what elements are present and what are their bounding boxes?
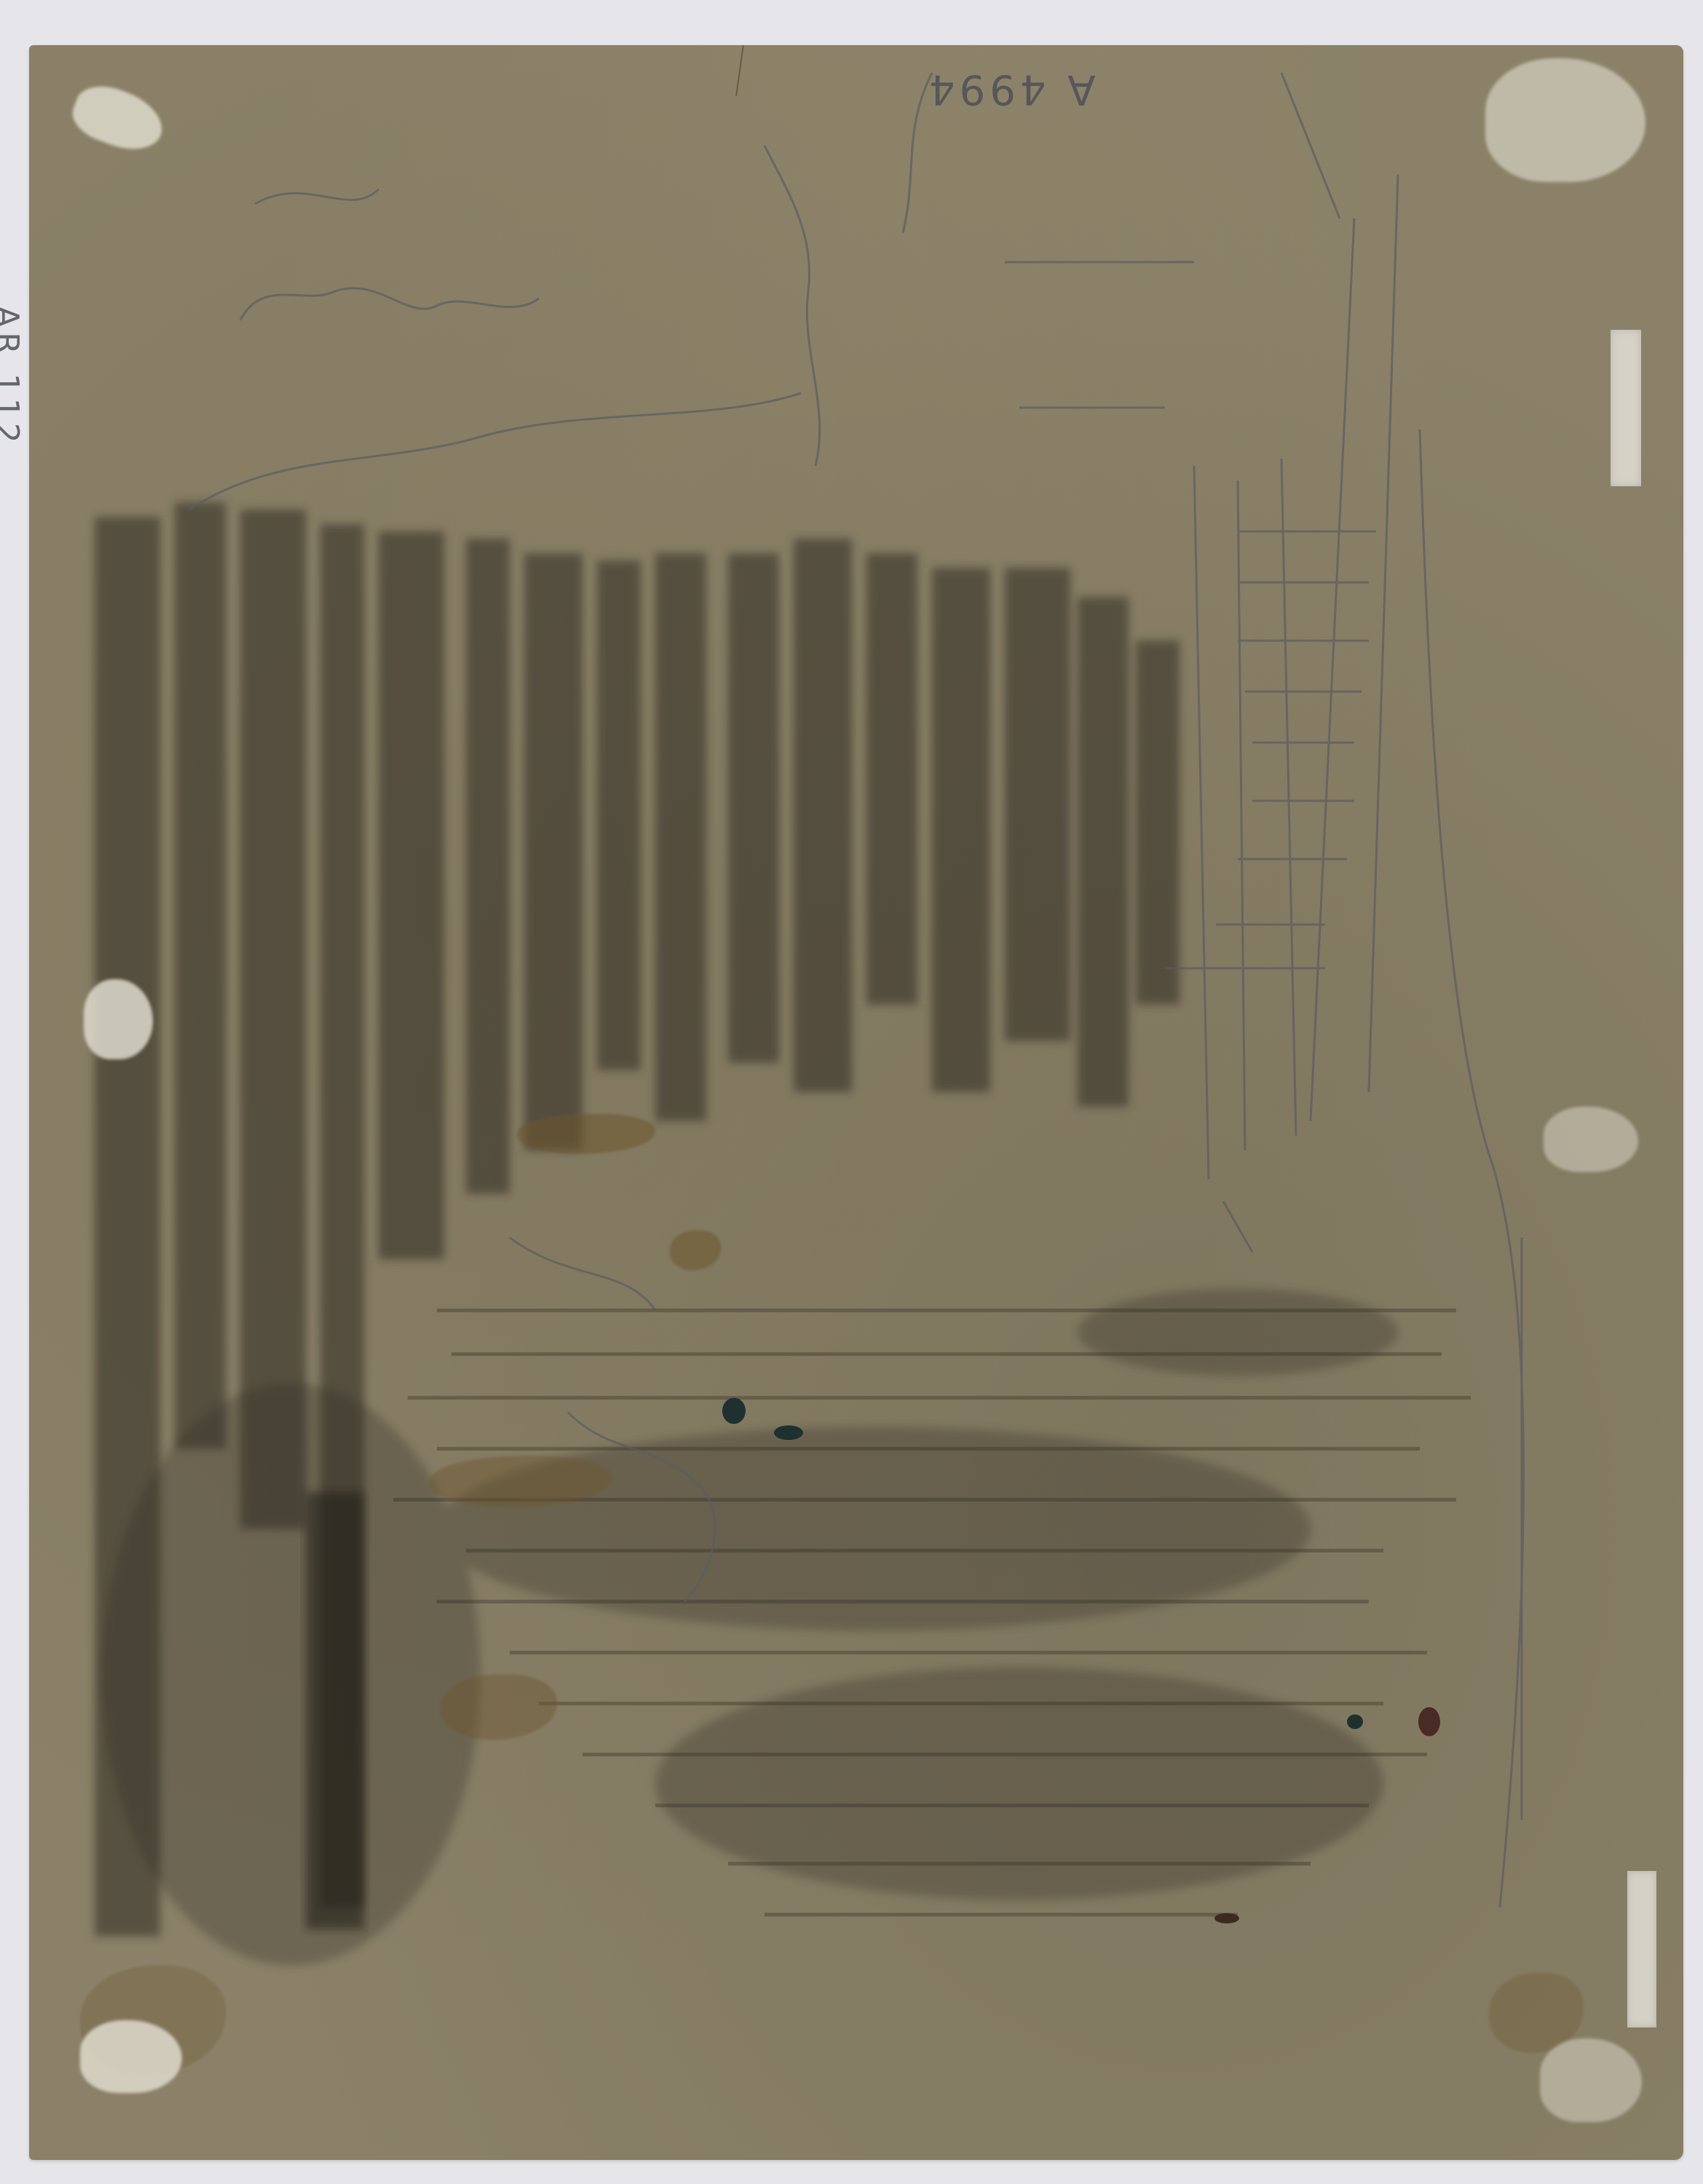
tape-strip [1627,1871,1656,2027]
inscription-catalog-number: AR 112 [0,306,25,448]
adhesive-residue [1540,2038,1642,2122]
ink-spot [1347,1714,1363,1729]
adhesive-residue [84,979,153,1059]
ink-spot [1214,1913,1239,1923]
tape-strip [1611,330,1641,486]
adhesive-residue [1544,1107,1638,1172]
ink-spot [774,1425,803,1440]
adhesive-residue [80,2020,182,2093]
charcoal-sketch [0,0,1703,2184]
inscription-inventory-number: A 4994 [925,66,1096,113]
ink-spot [1418,1707,1440,1736]
ink-spot [722,1398,746,1424]
